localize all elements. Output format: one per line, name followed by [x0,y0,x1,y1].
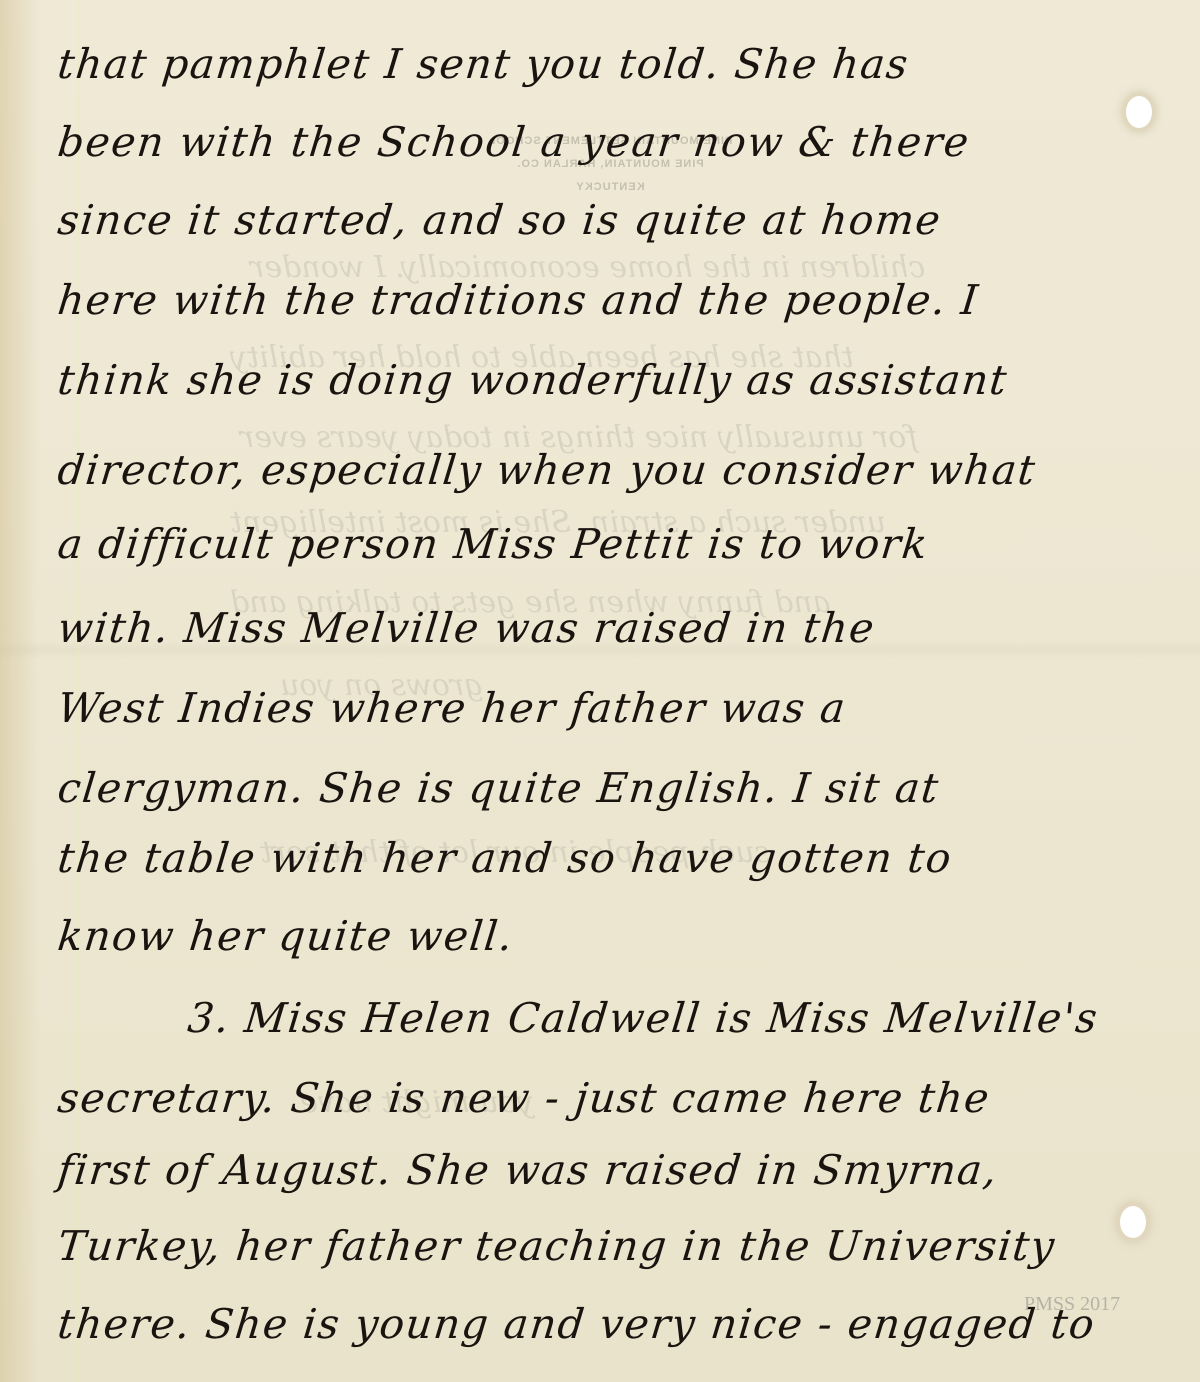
text-line: with. Miss Melville was raised in the [55,604,877,652]
punch-hole [1120,1206,1146,1238]
archive-watermark: PMSS 2017 [1024,1293,1120,1316]
text-line-numbered-paragraph: 3. Miss Helen Caldwell is Miss Melville'… [185,994,1100,1042]
text-line: there. She is young and very nice - enga… [55,1300,1097,1348]
text-line: since it started, and so is quite at hom… [55,196,943,244]
text-line: know her quite well. [55,912,516,960]
text-line: here with the traditions and the people.… [55,276,981,324]
text-line: the table with her and so have gotten to [55,834,954,882]
text-line: been with the School a year now & there [55,118,972,166]
letter-page: PINE MOUNTAIN SETTLEMENT SCHOOL PINE MOU… [0,0,1200,1382]
text-line: that pamphlet I sent you told. She has [55,40,911,88]
punch-hole [1126,96,1152,128]
text-line: Turkey, her father teaching in the Unive… [55,1222,1057,1270]
text-line: secretary. She is new - just came here t… [55,1074,992,1122]
text-line: a difficult person Miss Pettit is to wor… [55,520,930,568]
text-line: first of August. She was raised in Smyrn… [55,1146,1000,1194]
text-line: clergyman. She is quite English. I sit a… [55,764,941,812]
text-line: think she is doing wonderfully as assist… [55,356,1010,404]
text-line: director, especially when you consider w… [55,446,1038,494]
text-line: West Indies where her father was a [55,684,848,732]
